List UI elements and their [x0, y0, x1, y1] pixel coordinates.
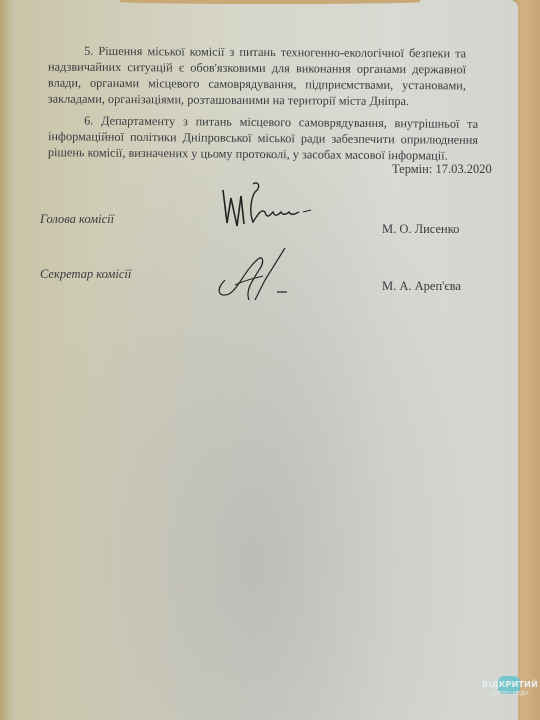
signature-chair-icon — [215, 178, 325, 238]
paragraph-text: Департаменту з питань місцевого самовряд… — [48, 114, 478, 163]
page-shadow — [120, 0, 420, 4]
paragraph-6: 6. Департаменту з питань місцевого самов… — [48, 112, 478, 164]
watermark-line1: ВІДКРИТИЙ — [480, 680, 540, 689]
signatory-name-chair: М. О. Лисенко — [382, 222, 459, 237]
signatory-role-chair: Голова комісії — [40, 212, 114, 227]
paragraph-number: 6. — [84, 113, 93, 127]
document-page: 5. Рішення міської комісії з питань техн… — [0, 0, 518, 720]
paragraph-text: Рішення міської комісії з питань техноге… — [48, 44, 466, 108]
signature-secretary-icon — [205, 240, 315, 310]
paragraph-5: 5. Рішення міської комісії з питань техн… — [48, 43, 466, 110]
paragraph-number: 5. — [84, 44, 93, 58]
watermark-logo: ВІДКРИТИЙ ДНІПРО.МЕДІА — [480, 680, 540, 697]
signatory-role-secretary: Секретар комісії — [40, 267, 131, 282]
deadline: Термін: 17.03.2020 — [392, 162, 492, 177]
signatory-name-secretary: М. А. Ареп'єва — [382, 279, 461, 294]
watermark-line2: ДНІПРО.МЕДІА — [480, 691, 540, 697]
